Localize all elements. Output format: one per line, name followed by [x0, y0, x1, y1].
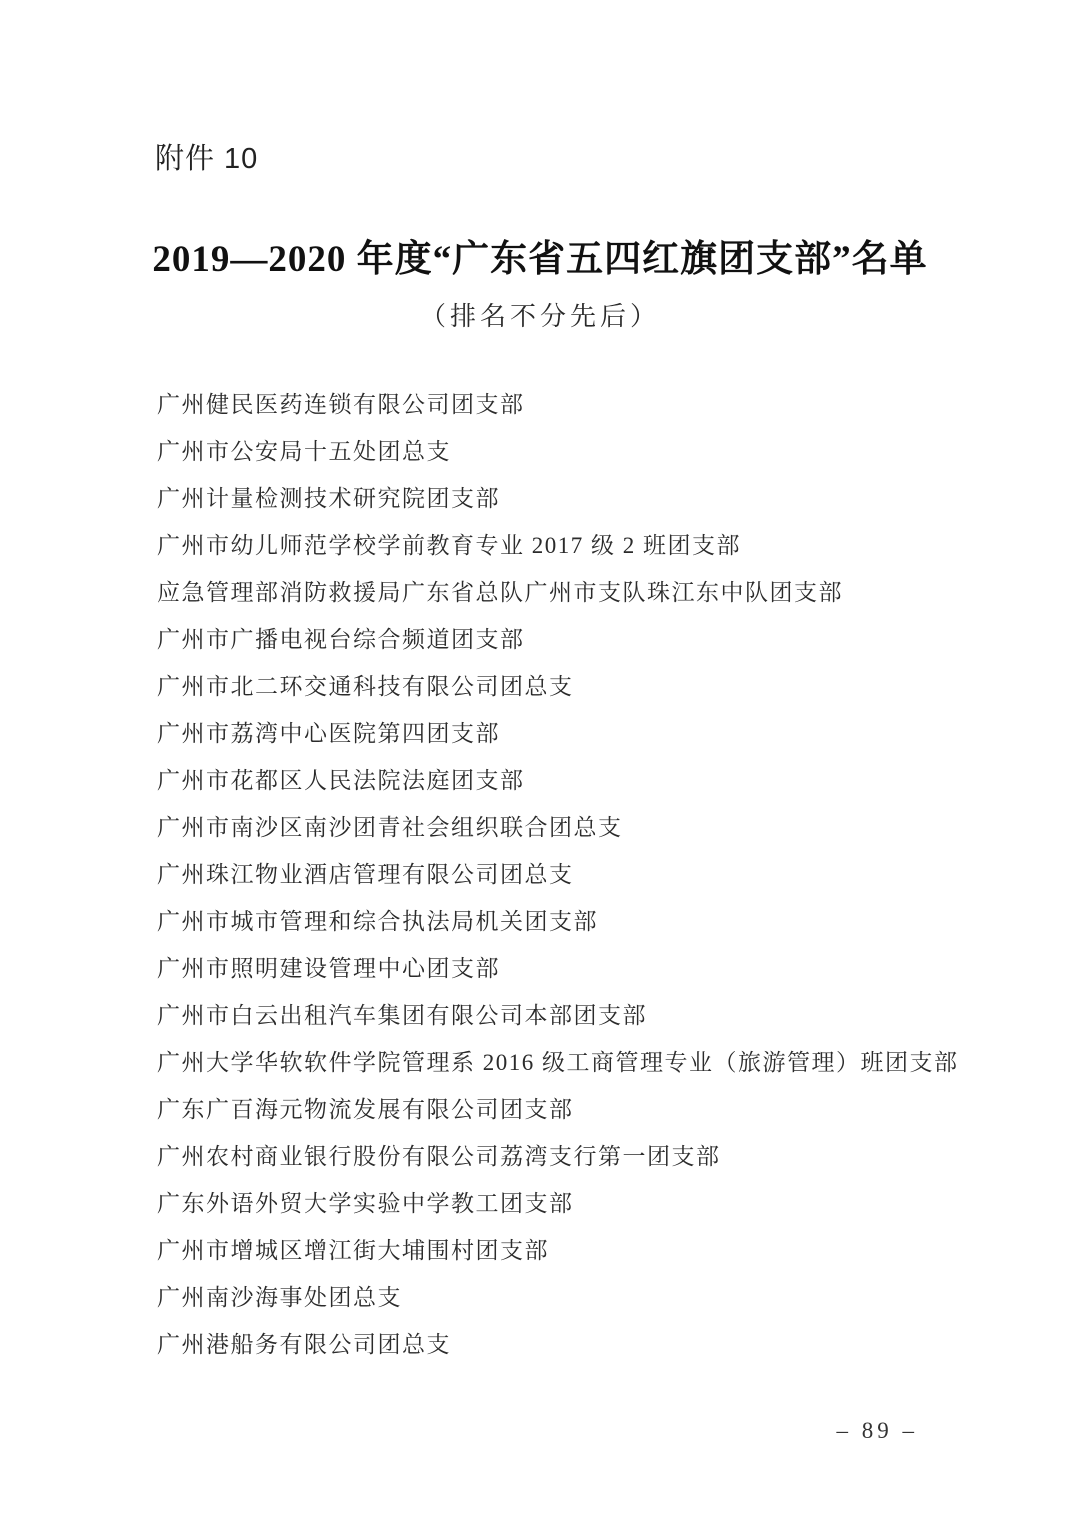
list-item: 广州市南沙区南沙团青社会组织联合团总支 — [157, 804, 957, 851]
list-item: 广州市荔湾中心医院第四团支部 — [157, 710, 957, 757]
list-item: 广州市城市管理和综合执法局机关团支部 — [157, 898, 957, 945]
page-title: 2019—2020 年度“广东省五四红旗团支部”名单 — [0, 228, 1080, 282]
page-subtitle: （排名不分先后） — [0, 296, 1080, 333]
list-item: 广州市照明建设管理中心团支部 — [157, 945, 957, 992]
branch-list: 广州健民医药连锁有限公司团支部广州市公安局十五处团总支广州计量检测技术研究院团支… — [157, 381, 957, 1368]
list-item: 广东外语外贸大学实验中学教工团支部 — [157, 1180, 957, 1227]
list-item: 广州市白云出租汽车集团有限公司本部团支部 — [157, 992, 957, 1039]
list-item: 广州农村商业银行股份有限公司荔湾支行第一团支部 — [157, 1133, 957, 1180]
list-item: 应急管理部消防救援局广东省总队广州市支队珠江东中队团支部 — [157, 569, 957, 616]
list-item: 广州南沙海事处团总支 — [157, 1274, 957, 1321]
list-item: 广州市公安局十五处团总支 — [157, 428, 957, 475]
list-item: 广州市增城区增江街大埔围村团支部 — [157, 1227, 957, 1274]
list-item: 广州健民医药连锁有限公司团支部 — [157, 381, 957, 428]
list-item: 广州大学华软软件学院管理系 2016 级工商管理专业（旅游管理）班团支部 — [157, 1039, 957, 1086]
list-item: 广州计量检测技术研究院团支部 — [157, 475, 957, 522]
list-item: 广州珠江物业酒店管理有限公司团总支 — [157, 851, 957, 898]
list-item: 广州市幼儿师范学校学前教育专业 2017 级 2 班团支部 — [157, 522, 957, 569]
attachment-label: 附件 10 — [155, 136, 258, 177]
list-item: 广州港船务有限公司团总支 — [157, 1321, 957, 1368]
list-item: 广州市花都区人民法院法庭团支部 — [157, 757, 957, 804]
document-page: 附件 10 2019—2020 年度“广东省五四红旗团支部”名单 （排名不分先后… — [0, 0, 1080, 1527]
page-number: – 89 – — [837, 1418, 919, 1444]
list-item: 广州市北二环交通科技有限公司团总支 — [157, 663, 957, 710]
list-item: 广东广百海元物流发展有限公司团支部 — [157, 1086, 957, 1133]
list-item: 广州市广播电视台综合频道团支部 — [157, 616, 957, 663]
